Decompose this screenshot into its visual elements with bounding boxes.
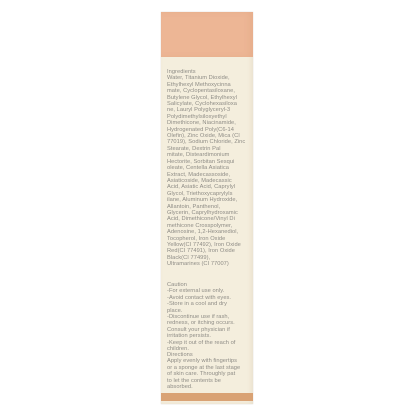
box-top-color-band xyxy=(161,12,253,57)
text-line: 77019), Sodium Chloride, Zinc xyxy=(167,139,249,145)
product-photo-canvas: Ingredients Water, Titanium Dioxide,Ethy… xyxy=(0,0,416,416)
directions-section: Directions Apply evenly with fingertipso… xyxy=(167,352,249,390)
text-line: ilane, Aluminum Hydroxide, xyxy=(167,197,249,203)
text-line: absorbed. xyxy=(167,384,249,390)
text-line: Apply evenly with fingertips xyxy=(167,358,249,364)
text-line: Adenosine, 1,2-Hexanediol, xyxy=(167,229,249,235)
ingredients-text: Water, Titanium Dioxide,Ethylhexyl Metho… xyxy=(167,75,249,267)
directions-text: Apply evenly with fingertipsor a sponge … xyxy=(167,358,249,390)
caution-section: Caution -For external use only.-Avoid co… xyxy=(167,282,249,352)
product-box-side-panel: Ingredients Water, Titanium Dioxide,Ethy… xyxy=(161,12,253,404)
text-line: Ultramarines (CI 77007) xyxy=(167,261,249,267)
caution-text: -For external use only.-Avoid contact wi… xyxy=(167,288,249,352)
box-bottom-color-band xyxy=(161,393,253,401)
ingredients-section: Ingredients Water, Titanium Dioxide,Ethy… xyxy=(167,69,249,268)
